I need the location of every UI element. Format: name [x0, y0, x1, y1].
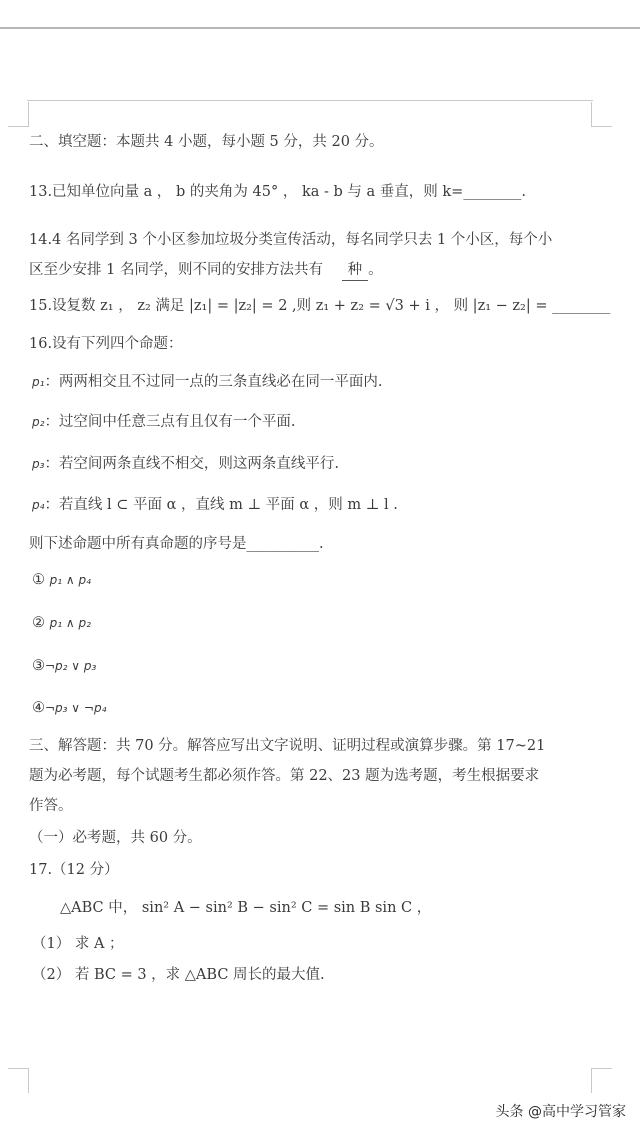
proposition-p3: p₃：若空间两条直线不相交，则这两条直线平行. — [32, 454, 339, 474]
page-header-rule — [27, 100, 593, 101]
p1-text: ：两两相交且不过同一点的三条直线必在同一平面内. — [44, 374, 382, 390]
option-4-number: ④ — [32, 700, 45, 716]
question-14-line2: 区至少安排 1 名同学，则不同的安排方法共有 种。 — [29, 260, 383, 281]
p3-text: ：若空间两条直线不相交，则这两条直线平行. — [44, 456, 339, 472]
page-corner-mark-bottom-left — [8, 1068, 29, 1093]
option-1-number: ① — [32, 572, 45, 588]
q13-end: . — [521, 184, 526, 200]
watermark: 头条 @高中学习管家 — [496, 1101, 626, 1121]
question-17-part2: （2） 若 BC = 3 ，求 △ABC 周长的最大值. — [32, 965, 325, 985]
p3-label: p₃ — [32, 457, 44, 471]
page-corner-mark-bottom-right — [591, 1068, 612, 1093]
proposition-p4: p₄：若直线 l ⊂ 平面 α ，直线 m ⊥ 平面 α ，则 m ⊥ l . — [32, 495, 398, 515]
option-3-number: ③ — [32, 658, 45, 674]
question-17-title: 17.（12 分） — [29, 860, 119, 880]
top-divider — [0, 27, 640, 29]
q16-question: 则下述命题中所有真命题的序号是 — [29, 536, 247, 552]
q15-text: 15.设复数 z₁ ， z₂ 满足 |z₁| = |z₂| = 2 ,则 z₁ … — [29, 298, 547, 314]
p2-label: p₂ — [32, 415, 44, 429]
proposition-p2: p₂：过空间中任意三点有且仅有一个平面. — [32, 412, 296, 432]
question-16-prompt: 则下述命题中所有真命题的序号是__________. — [29, 534, 324, 554]
question-17-stem: △ABC 中， sin² A − sin² B − sin² C = sin B… — [60, 898, 431, 918]
option-2-expr: p₁ ∧ p₂ — [50, 616, 91, 630]
option-3-expr: ¬p₂ ∨ p₃ — [45, 659, 96, 673]
question-13: 13.已知单位向量 a ， b 的夹角为 45° ， ka - b 与 a 垂直… — [29, 182, 526, 202]
page-corner-mark-top-right — [591, 102, 612, 127]
option-2: ② p₁ ∧ p₂ — [32, 613, 91, 633]
section3-line3: 作答。 — [29, 796, 73, 816]
q16-end: . — [319, 536, 324, 552]
p2-text: ：过空间中任意三点有且仅有一个平面. — [44, 414, 295, 430]
q13-text: 13.已知单位向量 a ， b 的夹角为 45° ， ka - b 与 a 垂直… — [29, 184, 463, 200]
question-16-intro: 16.设有下列四个命题： — [29, 334, 183, 354]
q13-blank: ________ — [463, 184, 521, 200]
q14-end: 。 — [368, 262, 383, 278]
option-2-number: ② — [32, 615, 45, 631]
q14-text: 区至少安排 1 名同学，则不同的安排方法共有 — [29, 262, 323, 278]
option-1-expr: p₁ ∧ p₄ — [50, 573, 91, 587]
option-1: ① p₁ ∧ p₄ — [32, 570, 91, 590]
q14-answer-blank: 种 — [342, 260, 369, 281]
proposition-p1: p₁：两两相交且不过同一点的三条直线必在同一平面内. — [32, 372, 383, 392]
section2-heading: 二、填空题：本题共 4 小题，每小题 5 分，共 20 分。 — [29, 132, 384, 152]
option-4-expr: ¬p₃ ∨ ¬p₄ — [45, 701, 106, 715]
question-14-line1: 14.4 名同学到 3 个小区参加垃圾分类宣传活动，每名同学只去 1 个小区，每… — [29, 230, 552, 250]
section3-subheading: （一）必考题，共 60 分。 — [29, 828, 202, 848]
q15-blank: ________ — [552, 298, 610, 314]
page-corner-mark-top-left — [8, 102, 29, 127]
question-15: 15.设复数 z₁ ， z₂ 满足 |z₁| = |z₂| = 2 ,则 z₁ … — [29, 296, 610, 316]
q16-blank: __________ — [247, 536, 320, 552]
p4-label: p₄ — [32, 498, 44, 512]
option-3: ③¬p₂ ∨ p₃ — [32, 656, 96, 676]
section3-line1: 三、解答题：共 70 分。解答应写出文字说明、证明过程或演算步骤。第 17~21 — [29, 736, 545, 756]
question-17-part1: （1） 求 A ； — [32, 934, 124, 954]
p1-label: p₁ — [32, 375, 44, 389]
option-4: ④¬p₃ ∨ ¬p₄ — [32, 698, 106, 718]
section3-line2: 题为必考题，每个试题考生都必须作答。第 22、23 题为选考题，考生根据要求 — [29, 766, 539, 786]
p4-text: ：若直线 l ⊂ 平面 α ，直线 m ⊥ 平面 α ，则 m ⊥ l . — [44, 497, 397, 513]
